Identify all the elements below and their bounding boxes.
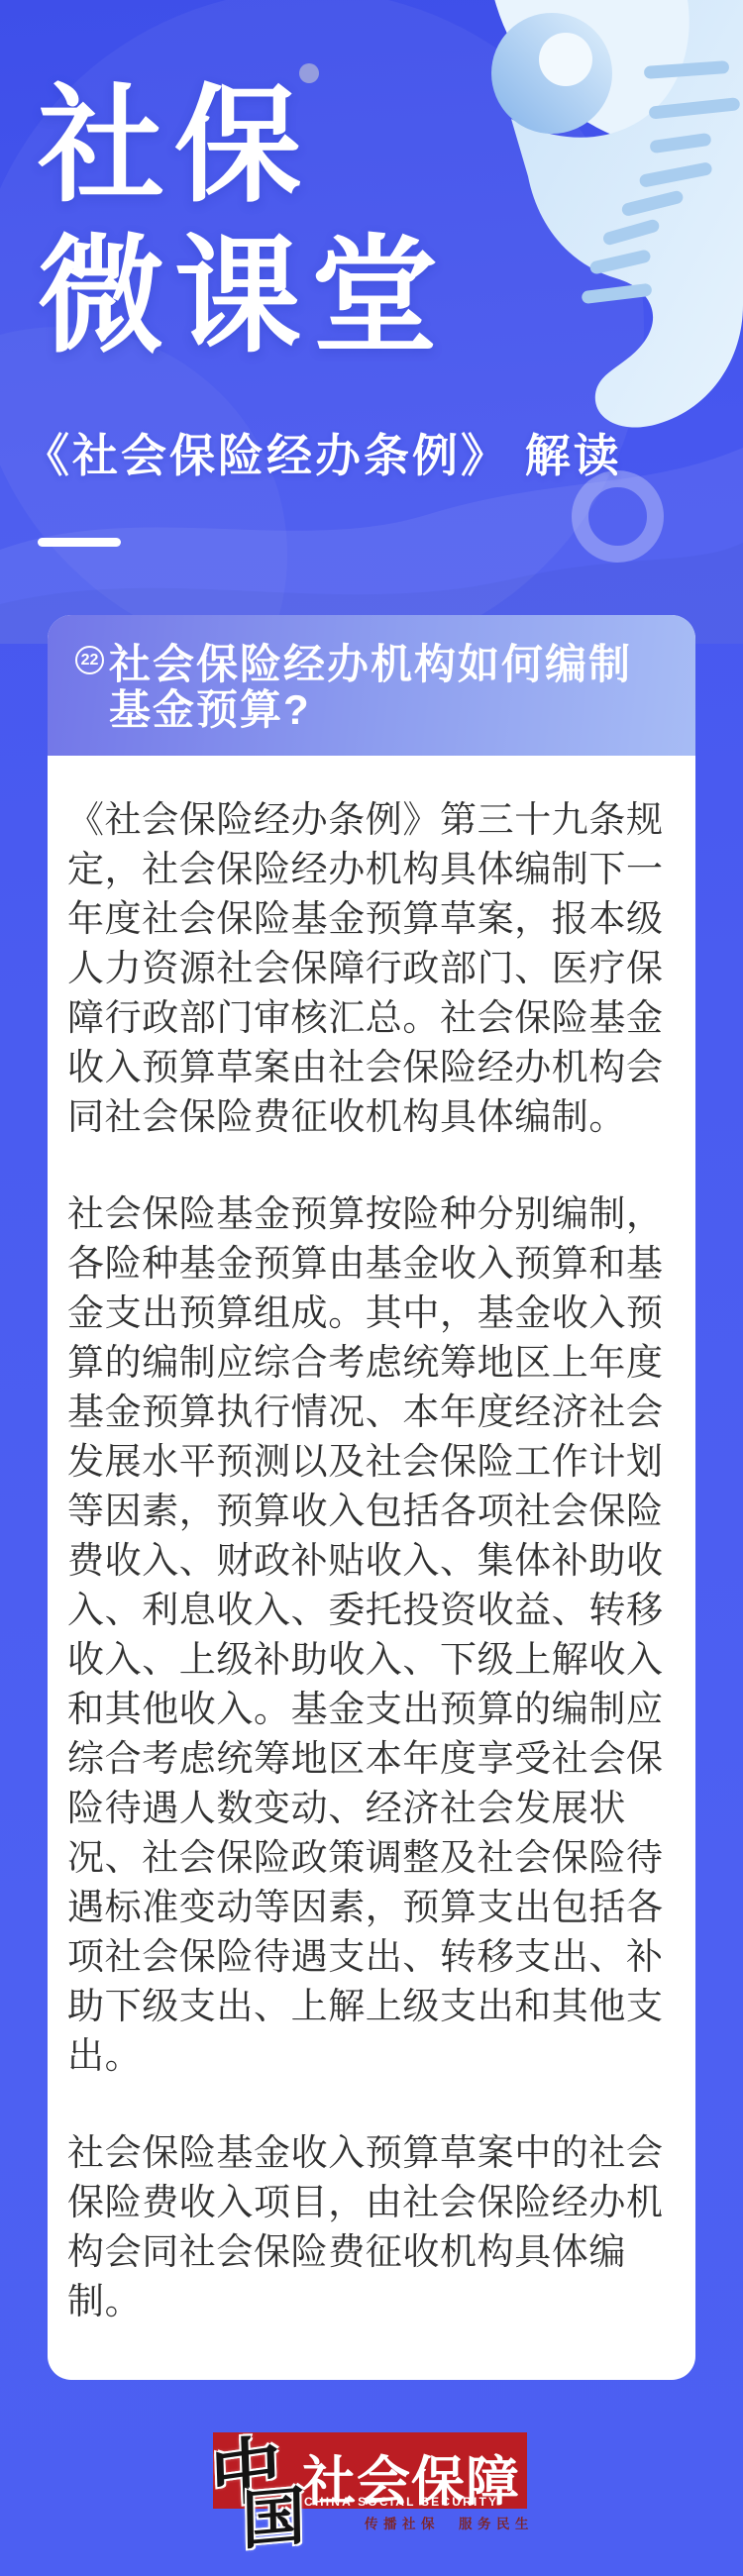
page-subtitle: 《社会保险经办条例》 解读 bbox=[24, 420, 622, 485]
title-line1: 社保 bbox=[38, 75, 311, 217]
logo-slogan: 传播社保 服务民生 bbox=[365, 2513, 534, 2532]
title-line2: 微课堂 bbox=[38, 226, 448, 367]
question-title: 社会保险经办机构如何编制 基金预算? bbox=[109, 642, 632, 733]
question-line2: 基金预算? bbox=[109, 687, 632, 733]
page-title: 社保 微课堂 bbox=[38, 71, 448, 372]
china-social-security-logo: 中 国 社会保障 CHINA SOCIAL SECURITY 传播社保 服务民生 bbox=[0, 2377, 743, 2576]
scroll-curl-core bbox=[539, 33, 592, 86]
question-number-badge: 22 bbox=[75, 646, 104, 674]
question-header: 22 社会保险经办机构如何编制 基金预算? bbox=[48, 615, 695, 756]
paragraph: 社会保险基金收入预算草案中的社会 保险费收入项目，由社会保险经办机 构会同社会保… bbox=[67, 2128, 676, 2326]
poster: 社保 微课堂 《社会保险经办条例》 解读 22 社会保险经办机构如何编制 基金预… bbox=[0, 0, 743, 2576]
divider-dash bbox=[38, 538, 121, 547]
question-line1: 社会保险经办机构如何编制 bbox=[109, 642, 632, 687]
calligraphy-guo: 国 bbox=[241, 2465, 305, 2562]
paragraph: 《社会保险经办条例》第三十九条规 定，社会保险经办机构具体编制下一 年度社会保险… bbox=[67, 795, 676, 1142]
logo-brand-en: CHINA SOCIAL SECURITY bbox=[304, 2495, 498, 2509]
body-text: 《社会保险经办条例》第三十九条规 定，社会保险经办机构具体编制下一 年度社会保险… bbox=[67, 795, 676, 2326]
content-card: 22 社会保险经办机构如何编制 基金预算? 《社会保险经办条例》第三十九条规 定… bbox=[48, 615, 695, 2380]
paragraph: 社会保险基金预算按险种分别编制， 各险种基金预算由基金收入预算和基 金支出预算组… bbox=[67, 1189, 676, 2081]
